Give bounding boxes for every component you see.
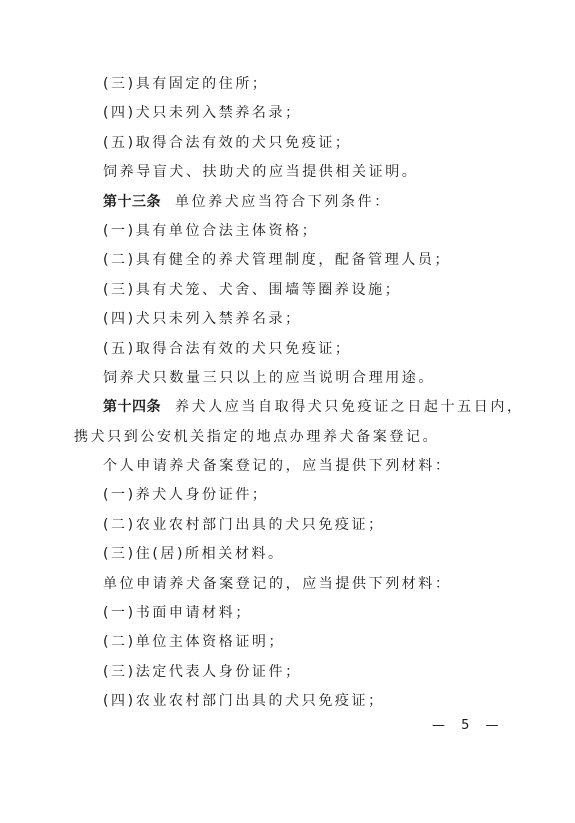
article-heading: 第十三条	[103, 194, 161, 210]
list-item: (四)犬只未列入禁养名录；	[103, 305, 488, 334]
article-text: 单位养犬应当符合下列条件：	[175, 194, 391, 210]
article-heading: 第十四条	[103, 399, 161, 415]
paragraph: 单位申请养犬备案登记的，应当提供下列材料：	[103, 570, 488, 599]
list-item: (三)具有犬笼、犬舍、围墙等圈养设施；	[103, 276, 488, 305]
list-item: (五)取得合法有效的犬只免疫证；	[103, 129, 488, 158]
page-number: — 5 —	[432, 718, 505, 733]
list-item: (二)农业农村部门出具的犬只免疫证；	[103, 511, 488, 540]
list-item: (一)具有单位合法主体资格；	[103, 217, 488, 246]
list-item: (四)犬只未列入禁养名录；	[103, 99, 488, 128]
article-14: 第十四条养犬人应当自取得犬只免疫证之日起十五日内，	[103, 393, 488, 422]
paragraph: 饲养导盲犬、扶助犬的应当提供相关证明。	[103, 158, 488, 187]
list-item: (三)法定代表人身份证件；	[103, 658, 488, 687]
paragraph: 个人申请养犬备案登记的，应当提供下列材料：	[103, 452, 488, 481]
list-item: (一)养犬人身份证件；	[103, 481, 488, 510]
document-body: (三)具有固定的住所； (四)犬只未列入禁养名录； (五)取得合法有效的犬只免疫…	[103, 70, 488, 717]
list-item: (三)具有固定的住所；	[103, 70, 488, 99]
list-item: (一)书面申请材料；	[103, 599, 488, 628]
list-item: (五)取得合法有效的犬只免疫证；	[103, 335, 488, 364]
document-page: (三)具有固定的住所； (四)犬只未列入禁养名录； (五)取得合法有效的犬只免疫…	[0, 0, 575, 823]
list-item: (四)农业农村部门出具的犬只免疫证；	[103, 687, 488, 716]
paragraph: 饲养犬只数量三只以上的应当说明合理用途。	[103, 364, 488, 393]
article-text: 养犬人应当自取得犬只免疫证之日起十五日内，	[175, 399, 524, 415]
paragraph-continuation: 携犬只到公安机关指定的地点办理养犬备案登记。	[74, 423, 488, 452]
article-13: 第十三条单位养犬应当符合下列条件：	[103, 188, 488, 217]
list-item: (二)单位主体资格证明；	[103, 628, 488, 657]
list-item: (三)住(居)所相关材料。	[103, 540, 488, 569]
list-item: (二)具有健全的养犬管理制度，配备管理人员；	[103, 246, 488, 275]
